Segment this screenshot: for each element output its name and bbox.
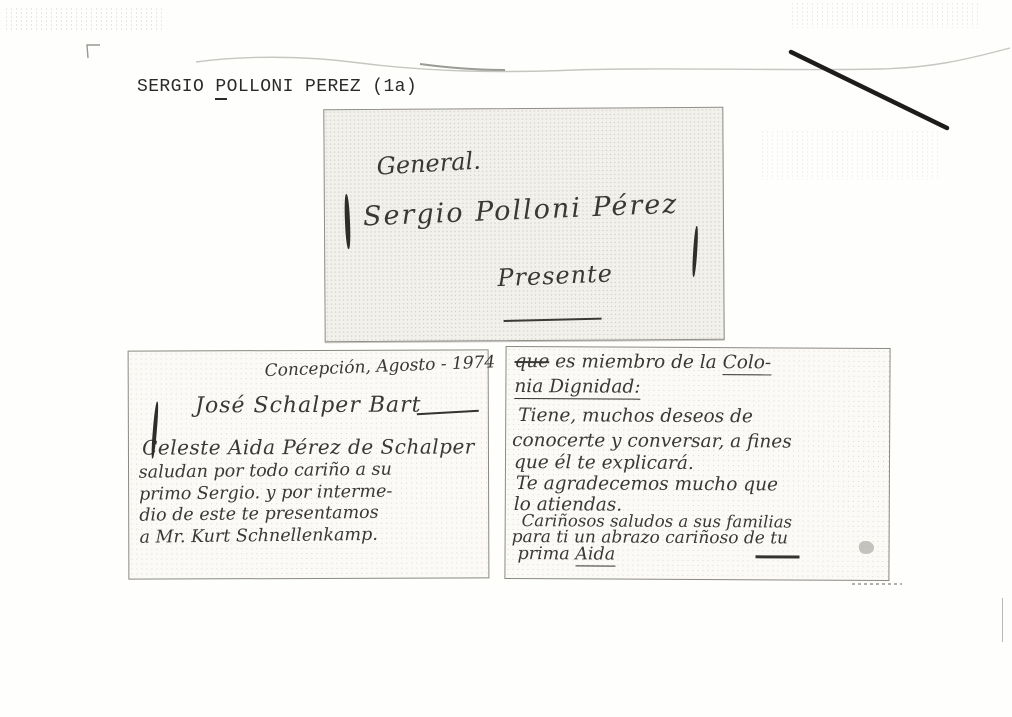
envelope: General. Sergio Polloni Pérez Presente (323, 107, 724, 342)
note-text: es miembro de la (549, 351, 722, 373)
note-text: prima (517, 544, 575, 564)
presente-underline (504, 318, 602, 322)
envelope-line-name: Sergio Polloni Pérez (362, 189, 679, 233)
envelope-line-general: General. (376, 147, 482, 181)
note-line-colonia-1: que es miembro de la Colo- (514, 351, 771, 373)
noise-patch-under-line (760, 130, 940, 180)
visiting-card-dateline: Concepción, Agosto - 1974 (264, 352, 495, 381)
visiting-card-name-1: José Schalper Bart (129, 392, 488, 418)
note-line: a Mr. Kurt Schnellenkamp. (139, 524, 393, 549)
underlined-word: nia Dignidad: (514, 376, 640, 400)
scanned-document-page: SERGIO POLLONI PEREZ (1a) General. Sergi… (0, 0, 1012, 717)
note-card: que es miembro de la Colo- nia Dignidad:… (504, 346, 890, 581)
note-line: saludan por todo cariño a su (139, 460, 393, 485)
ink-smudge (859, 541, 874, 554)
note-line: dio de este te presentamos (139, 503, 393, 528)
note-line-colonia-2: nia Dignidad: (514, 376, 640, 398)
noise-patch-top-right (790, 2, 980, 28)
typed-header-underlined-letter: P (215, 77, 226, 100)
pen-stroke-left (344, 194, 351, 249)
note-line: primo Sergio. y por interme- (139, 481, 393, 506)
scan-edge-line (1002, 598, 1003, 642)
noise-patch-top-left (4, 7, 164, 31)
faint-dotted-mark (852, 583, 902, 585)
note-line: conocerte y conversar, a fines (512, 430, 792, 452)
visiting-card-name-2: Celeste Aida Pérez de Schalper (129, 434, 488, 459)
page-edge-line-dark-segment (420, 64, 505, 70)
note-line-signature: prima Aida (517, 544, 615, 565)
struck-word: que (514, 351, 549, 372)
visiting-card: Concepción, Agosto - 1974 José Schalper … (128, 349, 490, 579)
visiting-card-handwritten-note: saludan por todo cariño a su primo Sergi… (139, 460, 393, 549)
page-edge-line (196, 48, 1010, 72)
pen-stroke-right (692, 226, 699, 277)
corner-bracket-mark (87, 45, 100, 58)
typed-header: SERGIO POLLONI PEREZ (1a) (137, 77, 417, 97)
signature-name: Aida (575, 544, 615, 566)
pen-diagonal-mark (791, 52, 947, 128)
underlined-word: Colo- (723, 352, 772, 375)
note-line: Te agradecemos mucho que (516, 473, 778, 495)
note-card-dash (756, 555, 800, 558)
typed-header-suffix: OLLONI PEREZ (1a) (227, 77, 417, 97)
typed-header-prefix: SERGIO (137, 77, 215, 97)
envelope-line-presente: Presente (497, 259, 614, 292)
note-line: que él te explicará. (514, 452, 694, 474)
note-line: Tiene, muchos deseos de (518, 405, 753, 427)
